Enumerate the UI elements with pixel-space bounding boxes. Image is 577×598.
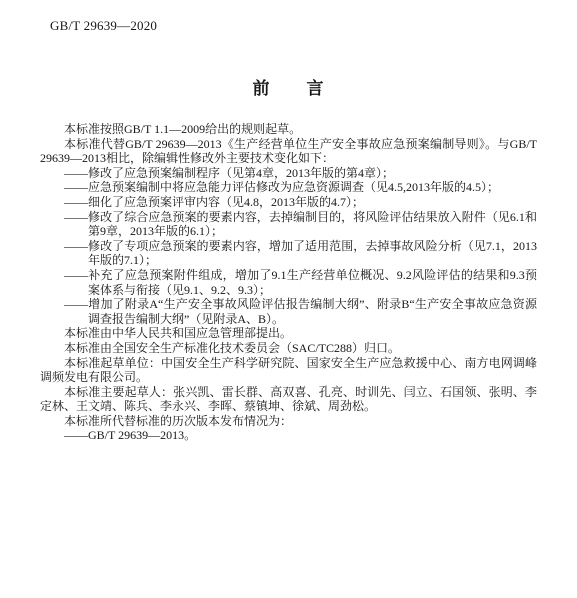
- foreword-paragraph: 本标准所代替标准的历次版本发布情况为：: [40, 414, 537, 429]
- foreword-list-item: ——修改了综合应急预案的要素内容，去掉编制目的，将风险评估结果放入附件（见6.1…: [88, 210, 537, 239]
- foreword-list-item: ——细化了应急预案评审内容（见4.8，2013年版的4.7）；: [88, 195, 537, 210]
- foreword-paragraph: 本标准由中华人民共和国应急管理部提出。: [40, 326, 537, 341]
- foreword-paragraph: 本标准按照GB/T 1.1—2009给出的规则起草。: [40, 122, 537, 137]
- foreword-list-item: ——补充了应急预案附件组成，增加了9.1生产经营单位概况、9.2风险评估的结果和…: [88, 268, 537, 297]
- foreword-paragraph: 本标准主要起草人：张兴凯、雷长群、高双喜、孔亮、时训先、闫立、石国领、张明、李定…: [40, 385, 537, 414]
- foreword-list-item: ——修改了专项应急预案的要素内容，增加了适用范围，去掉事故风险分析（见7.1，2…: [88, 239, 537, 268]
- foreword-body: 本标准按照GB/T 1.1—2009给出的规则起草。 本标准代替GB/T 296…: [40, 122, 537, 443]
- foreword-paragraph: 本标准代替GB/T 29639—2013《生产经营单位生产安全事故应急预案编制导…: [40, 137, 537, 166]
- standard-number-header: GB/T 29639—2020: [50, 18, 157, 34]
- foreword-list-item: ——应急预案编制中将应急能力评估修改为应急资源调查（见4.5,2013年版的4.…: [88, 180, 537, 195]
- foreword-paragraph: 本标准起草单位：中国安全生产科学研究院、国家安全生产应急救援中心、南方电网调峰调…: [40, 356, 537, 385]
- page-title: 前 言: [0, 74, 577, 99]
- foreword-list-item: ——GB/T 29639—2013。: [88, 428, 537, 443]
- document-page: GB/T 29639—2020 前 言 本标准按照GB/T 1.1—2009给出…: [0, 0, 577, 598]
- foreword-paragraph: 本标准由全国安全生产标准化技术委员会（SAC/TC288）归口。: [40, 341, 537, 356]
- foreword-list-item: ——修改了应急预案编制程序（见第4章，2013年版的第4章）；: [88, 166, 537, 181]
- foreword-list-item: ——增加了附录A“生产安全事故风险评估报告编制大纲”、附录B“生产安全事故应急资…: [88, 297, 537, 326]
